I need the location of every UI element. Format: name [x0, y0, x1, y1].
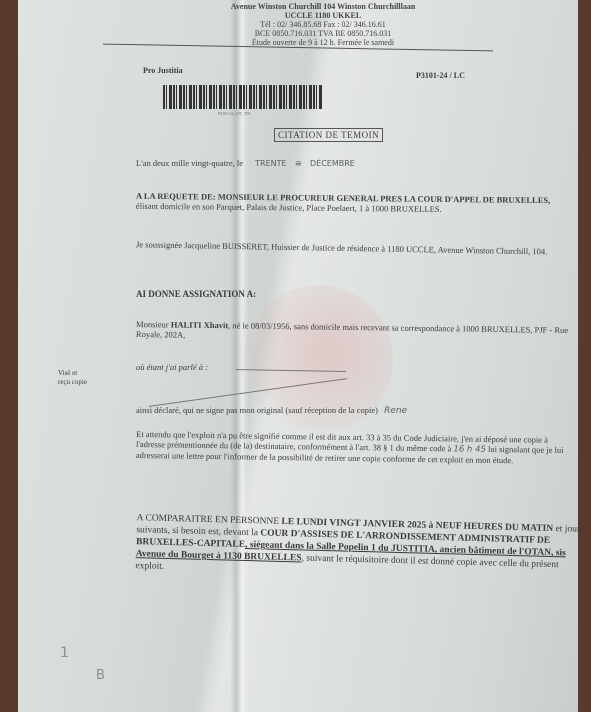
handwritten-mark-2: B — [96, 668, 105, 683]
date-line-prefix: L'an deux mille vingt-quatre, le — [136, 158, 243, 168]
address-line-1: Avenue Winston Churchill 104 Winston Chu… — [168, 2, 478, 11]
bank-vat: BCE 0850.716.031 TVA BE 0850.716.031 — [168, 29, 478, 38]
margin-note-line-2: reçu copie — [58, 378, 87, 387]
reference-number: P3101-24 / LC — [416, 71, 465, 80]
barcode-label: P3101-24_CIT_T01 — [218, 111, 250, 116]
letterhead: Avenue Winston Churchill 104 Winston Chu… — [168, 2, 478, 47]
handwritten-month: DÉCEMBRE — [310, 159, 355, 168]
requete-rest: élisant domicile en son Parquet, Palais … — [136, 201, 442, 214]
address-line-2: UCCLE 1180 UKKEL — [168, 11, 478, 20]
handwritten-day: TRENTE — [255, 159, 286, 168]
handwritten-mark-1: 1 — [60, 645, 69, 661]
handwritten-time: 16 h 45 — [453, 444, 486, 454]
document-page: Avenue Winston Churchill 104 Winston Chu… — [18, 0, 578, 712]
comparaitre-paragraph: A COMPARAITRE EN PERSONNE LE LUNDI VINGT… — [135, 512, 586, 584]
huissier-paragraph: Je soussignée Jacqueline BUISSERET, Huis… — [136, 239, 566, 257]
pro-justitia: Pro Justitia — [143, 66, 183, 75]
defendant-paragraph: Monsieur HALITI Xhavit, né le 08/03/1956… — [136, 319, 571, 345]
date-line: L'an deux mille vingt-quatre, le TRENTE … — [136, 158, 355, 169]
requete-paragraph: A LA REQUETE DE: MONSIEUR LE PROCUREUR G… — [136, 191, 561, 215]
margin-note: Visé et reçu copie — [58, 369, 87, 387]
phone-fax: Tél : 02/ 346.85.68 Fax : 02/ 346.16.61 — [168, 20, 478, 29]
attendu-part-1: Et attendu que l'exploit n'a pu être sig… — [136, 429, 548, 453]
parle-a: où étant j'ai parlé à : — [136, 362, 208, 372]
ainsi-declare-text: ainsi déclaré, qui ne signe pas mon orig… — [136, 405, 378, 415]
assignation-heading: AI DONNE ASSIGNATION A: — [136, 289, 256, 299]
defendant-prefix: Monsieur — [136, 319, 171, 329]
margin-note-line-1: Visé et — [58, 369, 87, 378]
barcode — [163, 85, 323, 109]
ainsi-declare: ainsi déclaré, qui ne signe pas mon orig… — [136, 405, 407, 416]
attendu-paragraph: Et attendu que l'exploit n'a pu être sig… — [136, 429, 571, 466]
handwritten-signature: Rene — [384, 406, 407, 416]
document-title: CITATION DE TEMOIN — [274, 128, 383, 142]
